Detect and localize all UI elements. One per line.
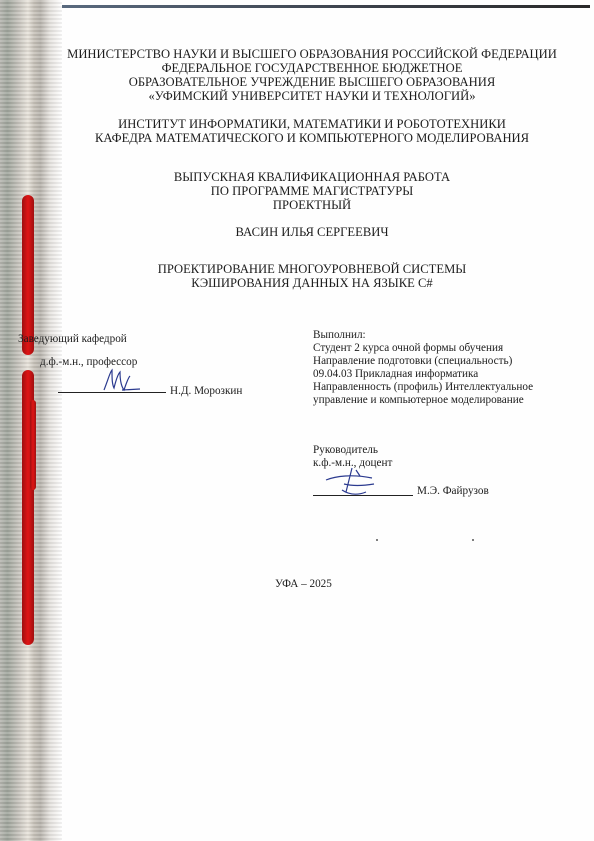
training-direction-code: 09.04.03 Прикладная информатика bbox=[313, 368, 478, 381]
author-name: ВАСИН ИЛЬЯ СЕРГЕЕВИЧ bbox=[0, 225, 594, 239]
profile-line-1: Направленность (профиль) Интеллектуально… bbox=[313, 381, 533, 394]
training-direction-label: Направление подготовки (специальность) bbox=[313, 355, 512, 368]
thesis-title-line-2: КЭШИРОВАНИЯ ДАННЫХ НА ЯЗЫКЕ C# bbox=[0, 276, 594, 290]
scan-top-edge bbox=[52, 5, 590, 8]
document-page: МИНИСТЕРСТВО НАУКИ И ВЫСШЕГО ОБРАЗОВАНИЯ… bbox=[0, 0, 594, 841]
university-name: «УФИМСКИЙ УНИВЕРСИТЕТ НАУКИ И ТЕХНОЛОГИЙ… bbox=[0, 89, 594, 103]
work-type-line-2: ПО ПРОГРАММЕ МАГИСТРАТУРЫ bbox=[0, 184, 594, 198]
ministry-line-3: ОБРАЗОВАТЕЛЬНОЕ УЧРЕЖДЕНИЕ ВЫСШЕГО ОБРАЗ… bbox=[0, 75, 594, 89]
scan-speck bbox=[376, 539, 378, 541]
student-course: Студент 2 курса очной формы обучения bbox=[313, 342, 503, 355]
head-name: Н.Д. Морозкин bbox=[170, 385, 242, 398]
ministry-line-1: МИНИСТЕРСТВО НАУКИ И ВЫСШЕГО ОБРАЗОВАНИЯ… bbox=[0, 47, 594, 61]
supervisor-role: Руководитель bbox=[313, 444, 378, 457]
performed-label: Выполнил: bbox=[313, 329, 366, 342]
scan-speck bbox=[472, 539, 474, 541]
supervisor-signature-icon bbox=[322, 466, 384, 500]
work-type-line-1: ВЫПУСКНАЯ КВАЛИФИКАЦИОННАЯ РАБОТА bbox=[0, 170, 594, 184]
city-year: УФА – 2025 bbox=[275, 578, 332, 591]
thesis-title-line-1: ПРОЕКТИРОВАНИЕ МНОГОУРОВНЕВОЙ СИСТЕМЫ bbox=[0, 262, 594, 276]
supervisor-name: М.Э. Файрузов bbox=[417, 485, 489, 498]
head-signature-icon bbox=[100, 366, 142, 394]
head-role: Заведующий кафедрой bbox=[18, 333, 127, 346]
department-name: КАФЕДРА МАТЕМАТИЧЕСКОГО И КОМПЬЮТЕРНОГО … bbox=[0, 131, 594, 145]
work-type-line-3: ПРОЕКТНЫЙ bbox=[0, 198, 594, 212]
institute-name: ИНСТИТУТ ИНФОРМАТИКИ, МАТЕМАТИКИ И РОБОТ… bbox=[0, 117, 594, 131]
ministry-line-2: ФЕДЕРАЛЬНОЕ ГОСУДАРСТВЕННОЕ БЮДЖЕТНОЕ bbox=[0, 61, 594, 75]
profile-line-2: управление и компьютерное моделирование bbox=[313, 394, 524, 407]
binding-thread bbox=[30, 400, 36, 490]
